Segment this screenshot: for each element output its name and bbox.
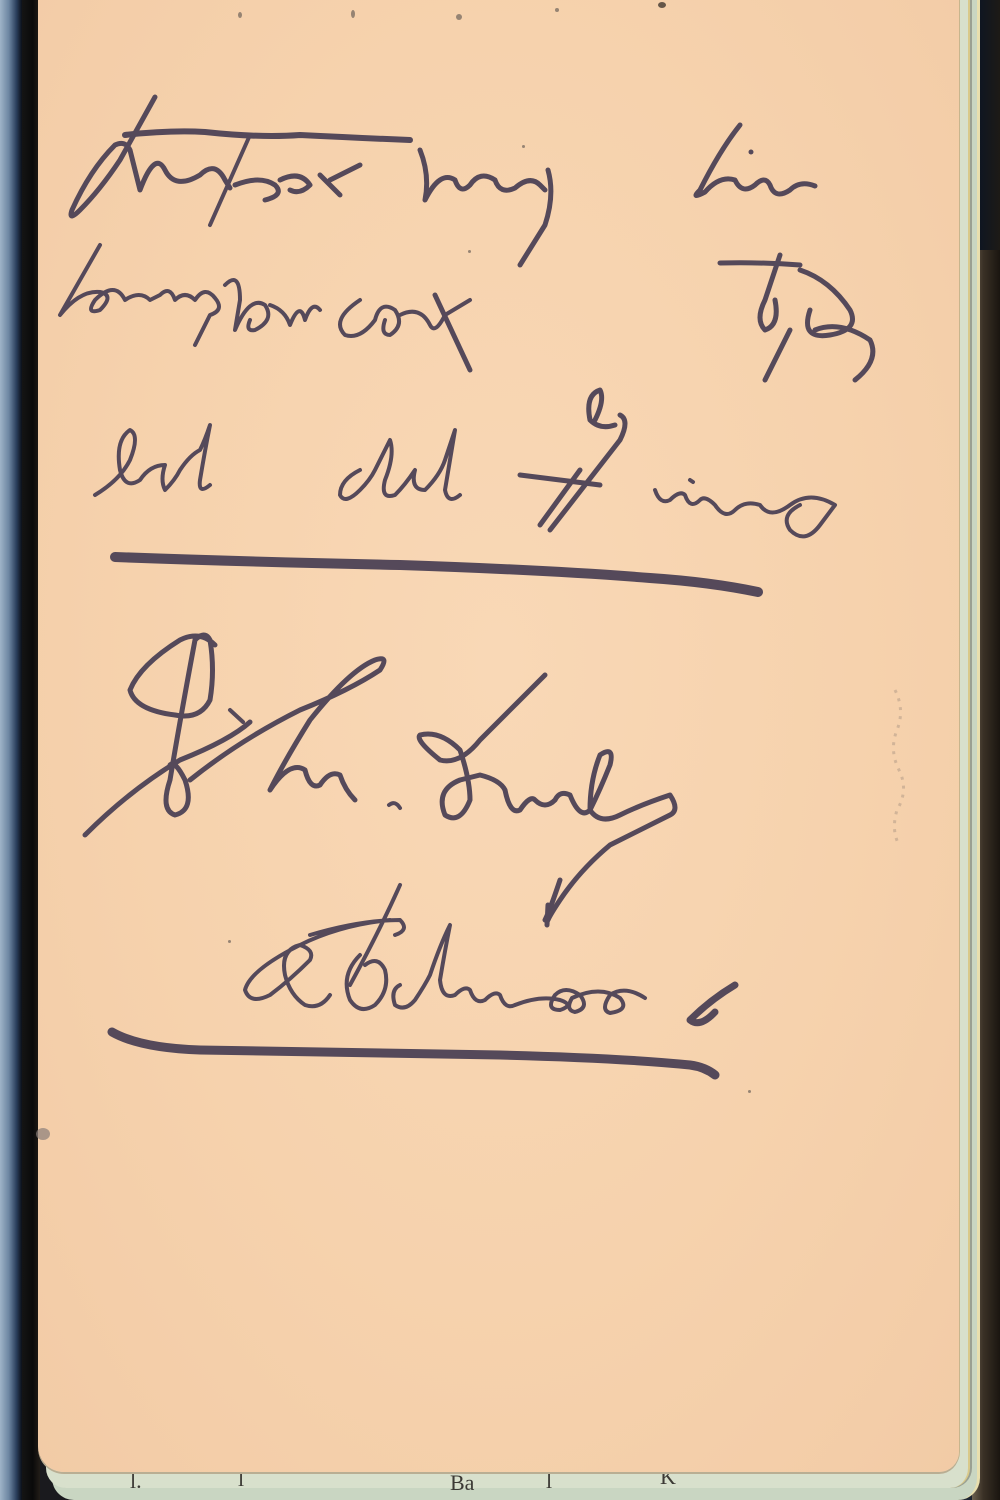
- signature-name: [85, 635, 675, 920]
- handwriting-layer: [0, 0, 1000, 1500]
- signature-place: [112, 880, 735, 1075]
- inscription-line-3: [95, 390, 835, 592]
- inscription-line-2: [60, 245, 873, 380]
- inscription-line-1: [71, 97, 815, 265]
